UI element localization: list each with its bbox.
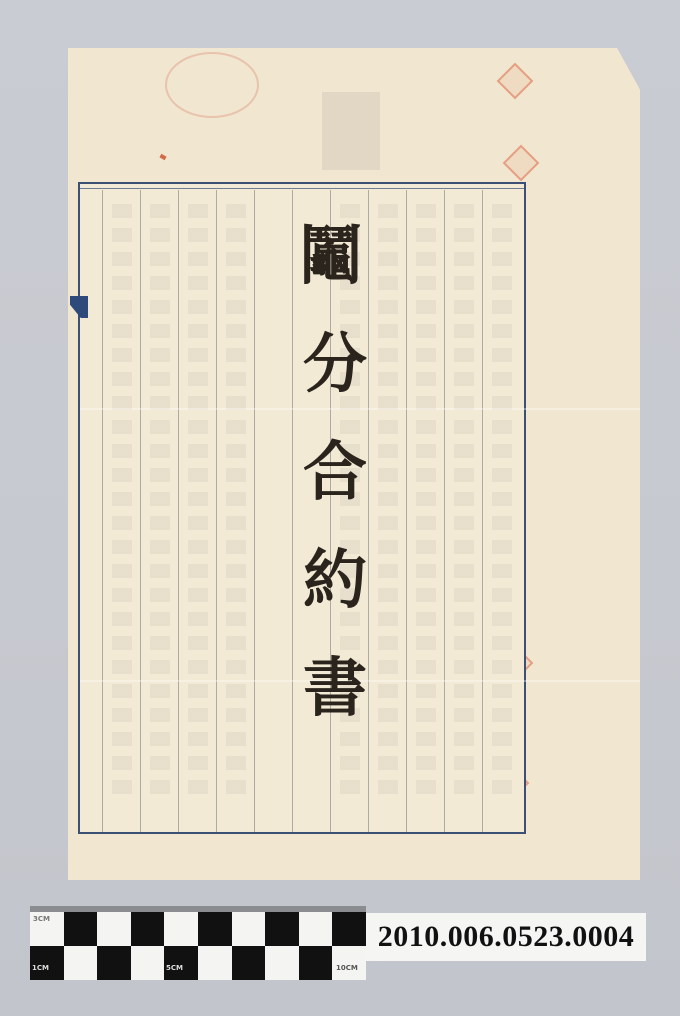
column-rule — [254, 190, 255, 832]
title-char: 約 — [303, 549, 367, 613]
faded-round-seal — [165, 52, 259, 118]
scale-mark-3cm: 3CM — [33, 915, 50, 923]
column-rule — [102, 190, 103, 832]
bleed-through-text — [378, 204, 398, 802]
accession-number-label: 2010.006.0523.0004 — [366, 913, 646, 961]
title-char: 書 — [303, 657, 367, 721]
document-title: 鬮 分 合 約 書 — [290, 225, 380, 765]
scale-label-5cm: 5CM — [166, 964, 183, 972]
scale-label-1cm: 1CM — [32, 964, 49, 972]
frame-inner-line — [80, 188, 524, 189]
bleed-through-text — [454, 204, 474, 802]
bleed-through-text — [492, 204, 512, 802]
column-rule — [140, 190, 141, 832]
bleed-through-text — [188, 204, 208, 802]
column-rule — [406, 190, 407, 832]
scale-bar — [30, 906, 366, 980]
bleed-through-text — [112, 204, 132, 802]
bleed-through-text — [416, 204, 436, 802]
title-char: 分 — [303, 333, 367, 397]
column-rule — [482, 190, 483, 832]
revenue-stamp — [322, 92, 380, 170]
column-rule — [216, 190, 217, 832]
bleed-through-text — [150, 204, 170, 802]
column-rule — [444, 190, 445, 832]
scale-label-10cm: 10CM — [336, 964, 358, 972]
title-char: 鬮 — [299, 225, 363, 289]
title-char: 合 — [303, 441, 367, 505]
bleed-through-text — [226, 204, 246, 802]
column-rule — [178, 190, 179, 832]
